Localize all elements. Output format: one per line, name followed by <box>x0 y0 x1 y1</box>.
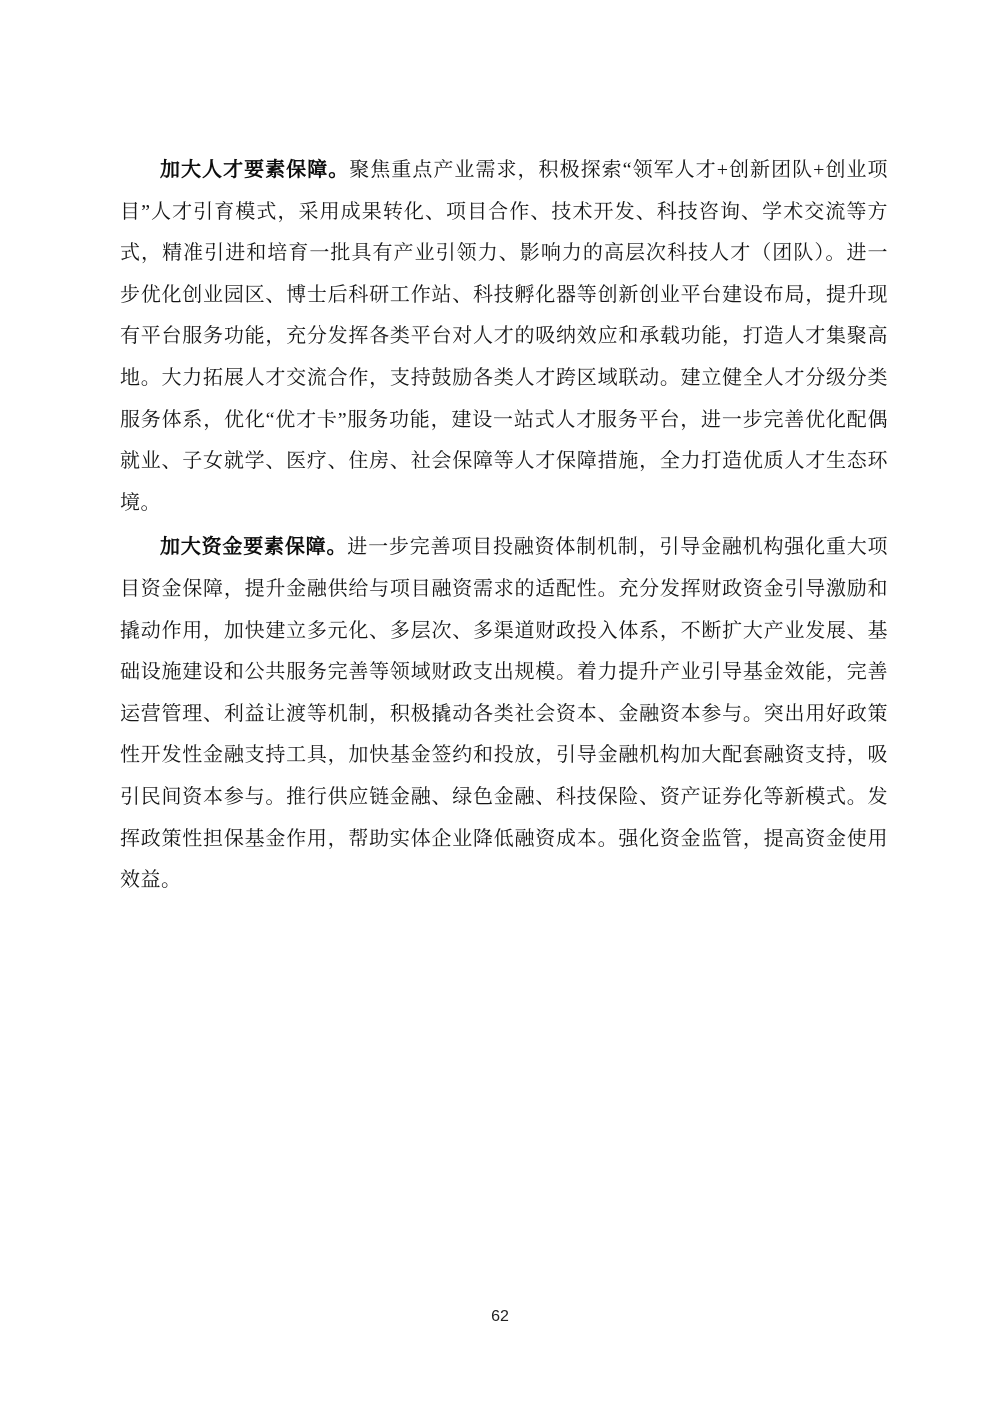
page-number: 62 <box>491 1308 509 1326</box>
document-body: 加大人才要素保障。聚焦重点产业需求，积极探索“领军人才+创新团队+创业项目”人才… <box>120 150 888 902</box>
document-page: 加大人才要素保障。聚焦重点产业需求，积极探索“领军人才+创新团队+创业项目”人才… <box>0 0 1000 1415</box>
paragraph-text: 进一步完善项目投融资体制机制，引导金融机构强化重大项目资金保障，提升金融供给与项… <box>120 536 888 891</box>
paragraph-funding-support: 加大资金要素保障。进一步完善项目投融资体制机制，引导金融机构强化重大项目资金保障… <box>120 527 888 901</box>
paragraph-text: 聚焦重点产业需求，积极探索“领军人才+创新团队+创业项目”人才引育模式，采用成果… <box>120 159 888 514</box>
paragraph-talent-support: 加大人才要素保障。聚焦重点产业需求，积极探索“领军人才+创新团队+创业项目”人才… <box>120 150 888 524</box>
paragraph-heading: 加大资金要素保障。 <box>160 536 347 558</box>
page-footer: 62 <box>0 1308 1000 1326</box>
paragraph-heading: 加大人才要素保障。 <box>160 159 349 181</box>
